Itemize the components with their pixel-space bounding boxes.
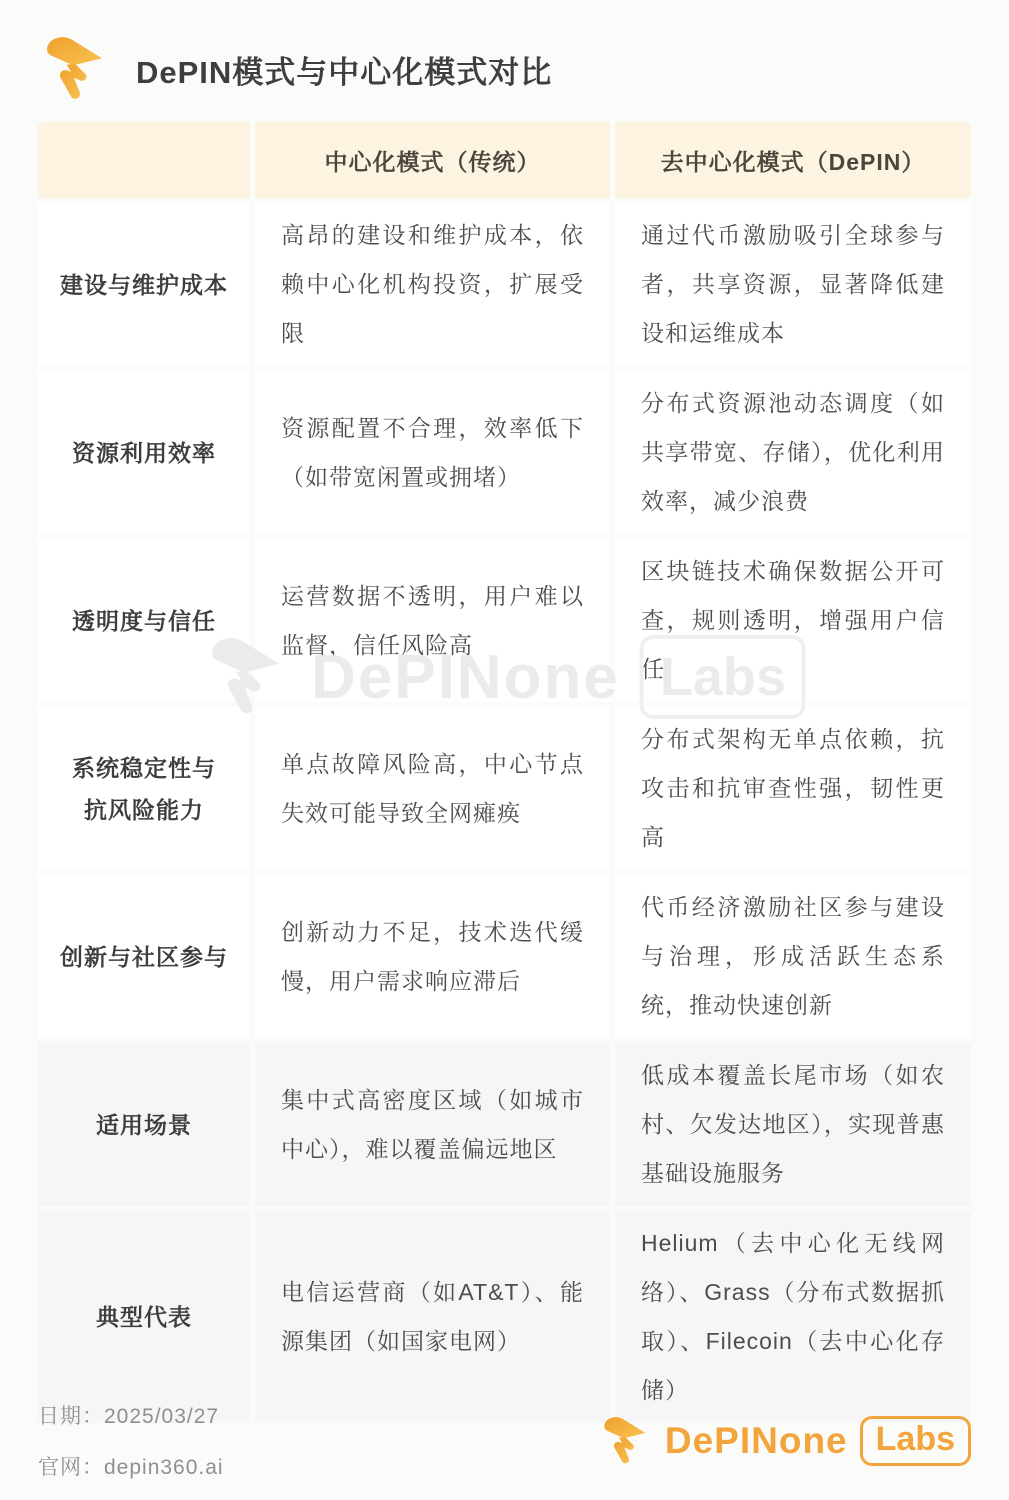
table-row: 系统稳定性与 抗风险能力 单点故障风险高，中心节点失效可能导致全网瘫痪 分布式架… <box>38 707 971 870</box>
cell-text: 区块链技术确保数据公开可查，规则透明，增强用户信任 <box>641 547 945 694</box>
cell-text: 通过代币激励吸引全球参与者，共享资源，显著降低建设和运维成本 <box>641 211 945 358</box>
row-label: 透明度与信任 <box>38 539 250 702</box>
comparison-table: 中心化模式（传统） 去中心化模式（DePIN） 建设与维护成本 高昂的建设和维护… <box>38 122 971 1423</box>
depin-cell: 低成本覆盖长尾市场（如农村、欠发达地区），实现普惠基础设施服务 <box>615 1043 971 1206</box>
page-footer: 日期：2025/03/27 官网：depin360.ai DePINone La… <box>38 1400 971 1481</box>
table-row: 适用场景 集中式高密度区域（如城市中心），难以覆盖偏远地区 低成本覆盖长尾市场（… <box>38 1043 971 1206</box>
cell-text: 资源配置不合理，效率低下（如带宽闲置或拥堵） <box>281 404 584 502</box>
cell-text: 低成本覆盖长尾市场（如农村、欠发达地区），实现普惠基础设施服务 <box>641 1051 945 1198</box>
date-label: 日期： <box>38 1405 104 1428</box>
table-header-row: 中心化模式（传统） 去中心化模式（DePIN） <box>38 122 971 198</box>
row-label: 系统稳定性与 抗风险能力 <box>38 707 250 870</box>
column-header-centralized: 中心化模式（传统） <box>255 122 610 198</box>
table-row: 透明度与信任 运营数据不透明，用户难以监督，信任风险高 区块链技术确保数据公开可… <box>38 539 971 702</box>
depin-cell: 分布式架构无单点依赖，抗攻击和抗审查性强，韧性更高 <box>615 707 971 870</box>
centralized-cell: 高昂的建设和维护成本，依赖中心化机构投资，扩展受限 <box>255 203 610 366</box>
footer-site-line: 官网：depin360.ai <box>38 1451 224 1481</box>
centralized-cell: 运营数据不透明，用户难以监督，信任风险高 <box>255 539 610 702</box>
row-label: 建设与维护成本 <box>38 203 250 366</box>
corner-cell <box>38 122 250 198</box>
table-row: 资源利用效率 资源配置不合理，效率低下（如带宽闲置或拥堵） 分布式资源池动态调度… <box>38 371 971 534</box>
centralized-cell: 资源配置不合理，效率低下（如带宽闲置或拥堵） <box>255 371 610 534</box>
centralized-cell: 创新动力不足，技术迭代缓慢，用户需求响应滞后 <box>255 875 610 1038</box>
column-header-depin: 去中心化模式（DePIN） <box>615 122 971 198</box>
row-label: 创新与社区参与 <box>38 875 250 1038</box>
table-row: 典型代表 电信运营商（如AT&T）、能源集团（如国家电网） Helium（去中心… <box>38 1211 971 1423</box>
cell-text: 高昂的建设和维护成本，依赖中心化机构投资，扩展受限 <box>281 211 584 358</box>
brand-lightning-bolt-icon <box>40 28 112 110</box>
cell-text: 创新动力不足，技术迭代缓慢，用户需求响应滞后 <box>281 908 584 1006</box>
depin-cell: Helium（去中心化无线网络）、Grass（分布式数据抓取）、Filecoin… <box>615 1211 971 1423</box>
footer-labs-badge: Labs <box>860 1416 971 1466</box>
date-value: 2025/03/27 <box>104 1405 219 1428</box>
row-label: 资源利用效率 <box>38 371 250 534</box>
footer-lightning-bolt-icon <box>599 1411 653 1471</box>
cell-text: 电信运营商（如AT&T）、能源集团（如国家电网） <box>281 1268 584 1366</box>
centralized-cell: 集中式高密度区域（如城市中心），难以覆盖偏远地区 <box>255 1043 610 1206</box>
cell-text: 单点故障风险高，中心节点失效可能导致全网瘫痪 <box>281 740 584 838</box>
cell-text: 集中式高密度区域（如城市中心），难以覆盖偏远地区 <box>281 1076 584 1174</box>
row-label: 适用场景 <box>38 1043 250 1206</box>
footer-meta: 日期：2025/03/27 官网：depin360.ai <box>38 1400 224 1481</box>
footer-brand-name: DePINone <box>665 1420 848 1462</box>
depin-cell: 代币经济激励社区参与建设与治理，形成活跃生态系统，推动快速创新 <box>615 875 971 1038</box>
depin-cell: 通过代币激励吸引全球参与者，共享资源，显著降低建设和运维成本 <box>615 203 971 366</box>
cell-text: Helium（去中心化无线网络）、Grass（分布式数据抓取）、Filecoin… <box>641 1219 945 1415</box>
row-label: 典型代表 <box>38 1211 250 1423</box>
cell-text: 分布式资源池动态调度（如共享带宽、存储），优化利用效率，减少浪费 <box>641 379 945 526</box>
infographic-page: DePIN模式与中心化模式对比 中心化模式（传统） 去中心化模式（DePIN） … <box>0 0 1009 1500</box>
page-header: DePIN模式与中心化模式对比 <box>0 0 1009 112</box>
footer-brand-logo: DePINone Labs <box>599 1411 971 1471</box>
depin-cell: 区块链技术确保数据公开可查，规则透明，增强用户信任 <box>615 539 971 702</box>
table-row: 创新与社区参与 创新动力不足，技术迭代缓慢，用户需求响应滞后 代币经济激励社区参… <box>38 875 971 1038</box>
site-value: depin360.ai <box>104 1456 224 1479</box>
cell-text: 分布式架构无单点依赖，抗攻击和抗审查性强，韧性更高 <box>641 715 945 862</box>
centralized-cell: 电信运营商（如AT&T）、能源集团（如国家电网） <box>255 1211 610 1423</box>
footer-date-line: 日期：2025/03/27 <box>38 1400 224 1430</box>
centralized-cell: 单点故障风险高，中心节点失效可能导致全网瘫痪 <box>255 707 610 870</box>
table-row: 建设与维护成本 高昂的建设和维护成本，依赖中心化机构投资，扩展受限 通过代币激励… <box>38 203 971 366</box>
cell-text: 代币经济激励社区参与建设与治理，形成活跃生态系统，推动快速创新 <box>641 883 945 1030</box>
page-title: DePIN模式与中心化模式对比 <box>136 47 552 92</box>
depin-cell: 分布式资源池动态调度（如共享带宽、存储），优化利用效率，减少浪费 <box>615 371 971 534</box>
site-label: 官网： <box>38 1456 104 1479</box>
cell-text: 运营数据不透明，用户难以监督，信任风险高 <box>281 572 584 670</box>
